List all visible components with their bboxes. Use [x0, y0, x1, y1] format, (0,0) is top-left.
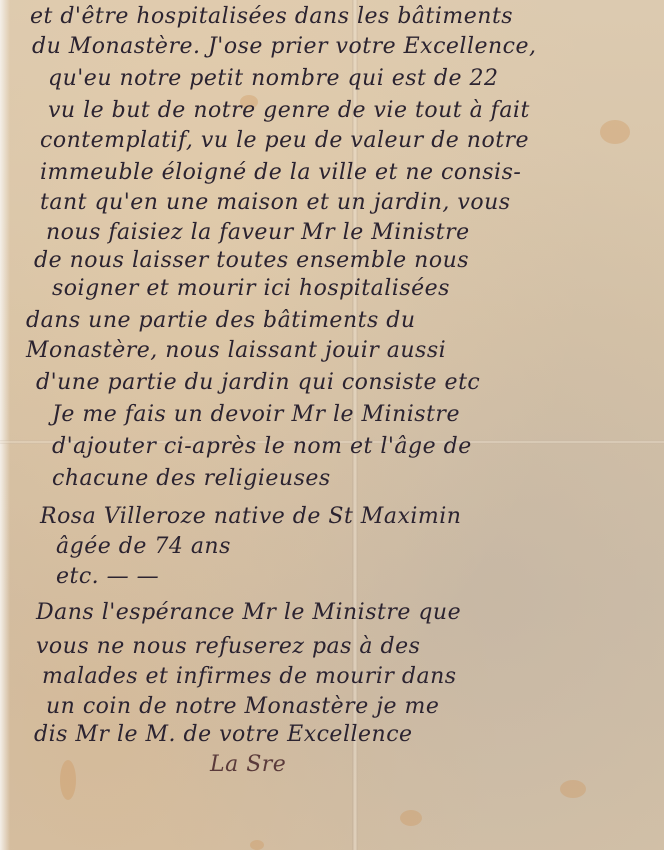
paper-stain [600, 120, 630, 144]
manuscript-line: qu'eu notre petit nombre qui est de 22 [48, 66, 498, 91]
paper-stain [60, 760, 76, 800]
signature: La Sre [210, 752, 286, 777]
manuscript-line: nous faisiez la faveur Mr le Ministre [46, 220, 470, 245]
manuscript-line: chacune des religieuses [52, 466, 331, 491]
manuscript-line: et d'être hospitalisées dans les bâtimen… [30, 4, 513, 29]
paper-stain [560, 780, 586, 798]
manuscript-line: de nous laisser toutes ensemble nous [34, 248, 469, 273]
manuscript-line: vu le but de notre genre de vie tout à f… [48, 98, 530, 123]
manuscript-line: soigner et mourir ici hospitalisées [52, 276, 450, 301]
manuscript-line: âgée de 74 ans [56, 534, 231, 559]
manuscript-line: du Monastère. J'ose prier votre Excellen… [32, 34, 537, 59]
paper-edge [0, 0, 10, 850]
manuscript-line: dis Mr le M. de votre Excellence [34, 722, 413, 747]
manuscript-line: d'ajouter ci-après le nom et l'âge de [52, 434, 472, 459]
manuscript-line: malades et infirmes de mourir dans [42, 664, 457, 689]
manuscript-line: tant qu'en une maison et un jardin, vous [40, 190, 511, 215]
manuscript-line: Je me fais un devoir Mr le Ministre [52, 402, 460, 427]
manuscript-line: contemplatif, vu le peu de valeur de not… [40, 128, 529, 153]
manuscript-line: dans une partie des bâtiments du [26, 308, 416, 333]
manuscript-line: etc. — — [56, 564, 159, 589]
manuscript-line: Dans l'espérance Mr le Ministre que [36, 600, 461, 625]
manuscript-line: un coin de notre Monastère je me [46, 694, 439, 719]
manuscript-page: et d'être hospitalisées dans les bâtimen… [0, 0, 664, 850]
paper-stain [400, 810, 422, 826]
paper-stain [250, 840, 264, 850]
manuscript-line: d'une partie du jardin qui consiste etc [36, 370, 480, 395]
manuscript-line: Rosa Villeroze native de St Maximin [40, 504, 461, 529]
manuscript-line: immeuble éloigné de la ville et ne consi… [40, 160, 521, 185]
manuscript-line: vous ne nous refuserez pas à des [36, 634, 420, 659]
manuscript-line: Monastère, nous laissant jouir aussi [26, 338, 446, 363]
